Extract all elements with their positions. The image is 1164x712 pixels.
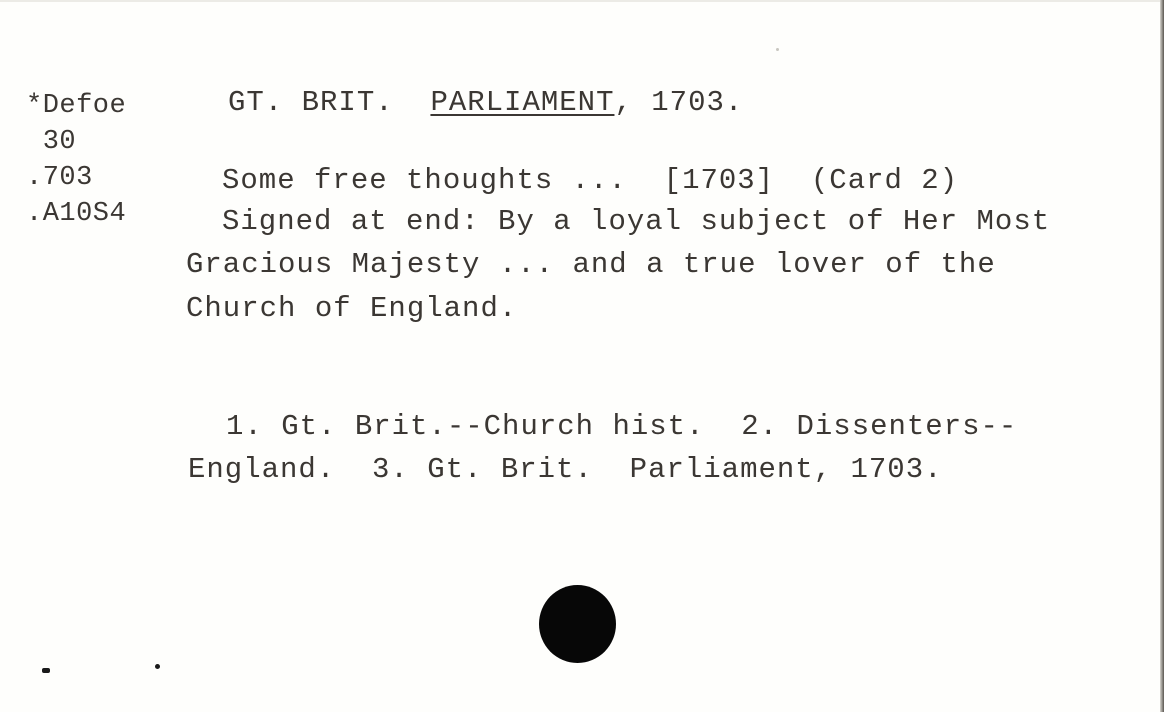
ink-speck [42,668,50,673]
card-top-edge [0,0,1164,2]
heading-prefix: GT. BRIT. [228,86,430,119]
tracings-line-1: 1. Gt. Brit.--Church hist. 2. Dissenters… [226,410,1017,443]
call-number-line-1: *Defoe [26,88,126,124]
note-line-3: Church of England. [186,292,517,325]
call-number-line-2: 30 [26,124,126,160]
card-right-edge [1160,0,1164,712]
paper-speck [776,48,779,51]
note-line-2: Gracious Majesty ... and a true lover of… [186,248,996,281]
note-line-1: Signed at end: By a loyal subject of Her… [222,205,1050,238]
title-statement: Some free thoughts ... [1703] (Card 2) [222,164,958,197]
call-number-line-4: .A10S4 [26,196,126,232]
tracings-line-2: England. 3. Gt. Brit. Parliament, 1703. [188,453,943,486]
punch-hole [539,585,616,663]
ink-speck [155,664,160,669]
heading-suffix: , 1703. [614,86,743,119]
call-number-line-3: .703 [26,160,126,196]
heading-underlined: PARLIAMENT [430,86,614,119]
catalog-card: *Defoe 30 .703 .A10S4 GT. BRIT. PARLIAME… [0,0,1164,712]
call-number: *Defoe 30 .703 .A10S4 [26,88,126,232]
heading: GT. BRIT. PARLIAMENT, 1703. [228,86,743,119]
